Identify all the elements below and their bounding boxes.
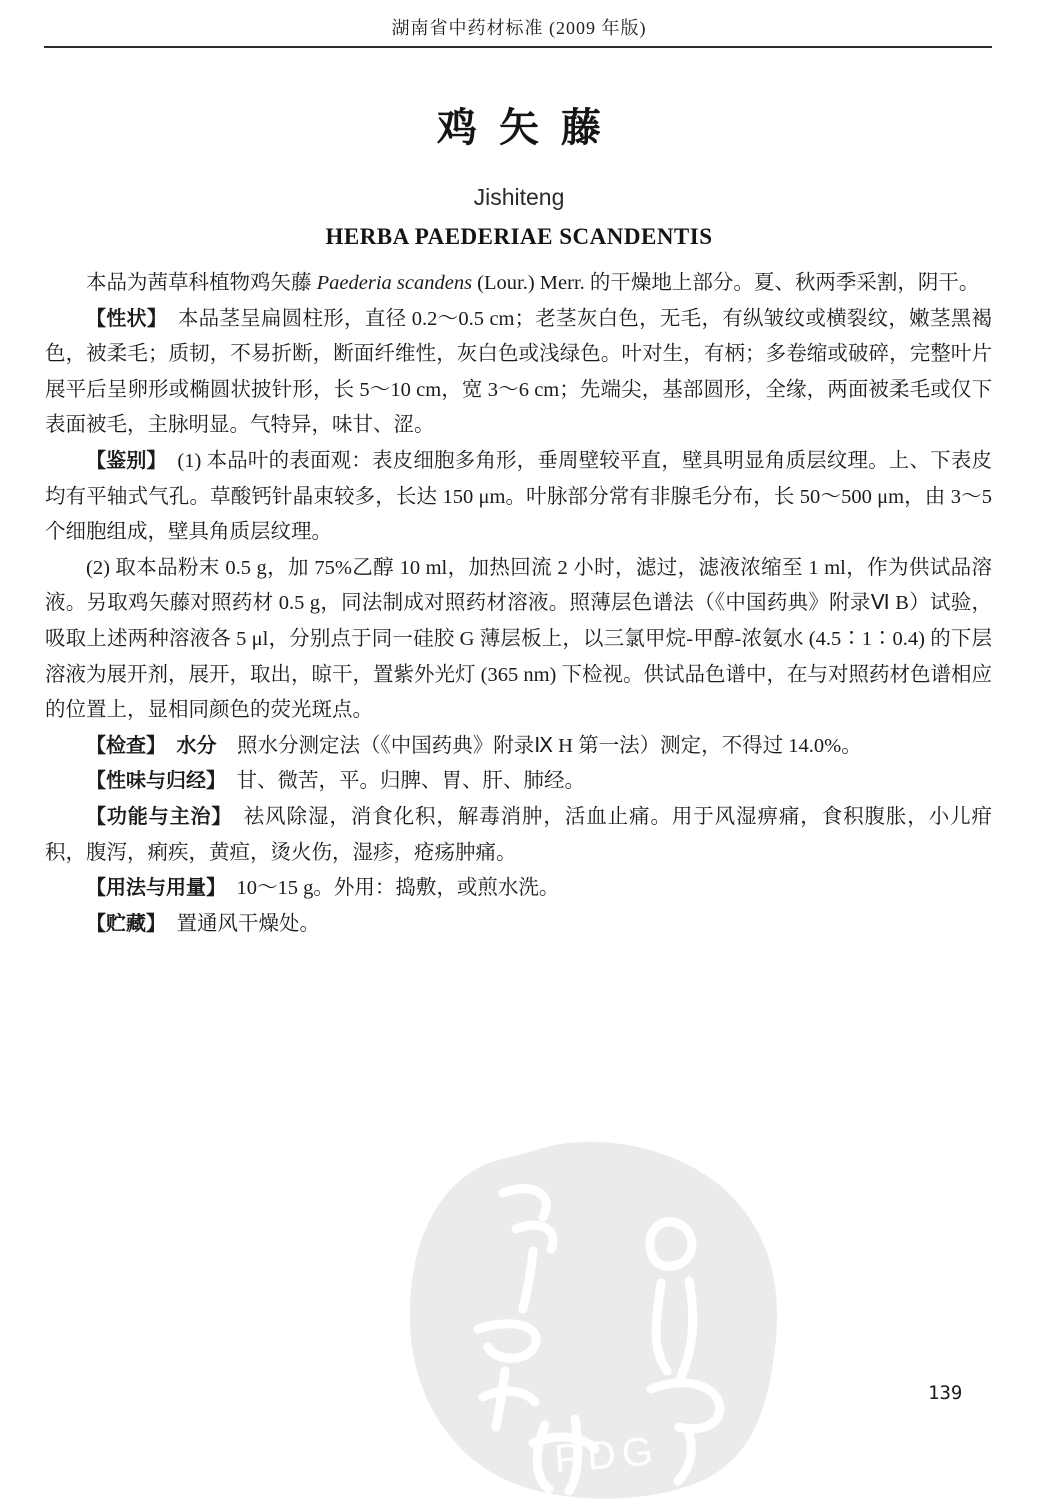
paragraph: 【鉴别】 (1) 本品叶的表面观：表皮细胞多角形，垂周壁较平直，壁具明显角质层纹… xyxy=(45,444,992,551)
body-paragraphs: 本品为茜草科植物鸡矢藤 Paederia scandens (Lour.) Me… xyxy=(45,266,992,942)
text-run: 10～15 g。外用：捣敷，或煎水洗。 xyxy=(216,877,559,899)
section-label: 【检查】 xyxy=(86,735,156,757)
watermark-label: PDG xyxy=(553,1429,661,1482)
running-header: 湖南省中药材标准 (2009 年版) xyxy=(0,14,1038,40)
text-run: 甘、微苦，平。归脾、胃、肝、肺经。 xyxy=(216,770,585,792)
section-label: 【用法与用量】 xyxy=(86,877,216,899)
header-divider xyxy=(44,46,992,48)
text-run: 置通风干燥处。 xyxy=(156,913,320,935)
paragraph: 【性味与归经】 甘、微苦，平。归脾、胃、肝、肺经。 xyxy=(45,764,992,800)
text-run: Paederia scandens xyxy=(317,272,472,294)
paragraph: 【功能与主治】 祛风除湿，消食化积，解毒消肿，活血止痛。用于风湿痹痛，食积腹胀，… xyxy=(45,800,992,871)
text-run: 照水分测定法（《中国药典》附录Ⅸ H 第一法）测定，不得过 14.0%。 xyxy=(217,735,862,757)
page-number: 139 xyxy=(928,1382,962,1404)
section-label: 【鉴别】 xyxy=(86,450,157,472)
paragraph: (2) 取本品粉末 0.5 g，加 75%乙醇 10 ml，加热回流 2 小时，… xyxy=(45,551,992,729)
section-label: 【功能与主治】 xyxy=(86,806,222,828)
page-title: 鸡矢藤 xyxy=(0,96,1038,153)
paragraph: 本品为茜草科植物鸡矢藤 Paederia scandens (Lour.) Me… xyxy=(45,266,992,302)
text-run: (Lour.) Merr. 的干燥地上部分。夏、秋两季采割，阴干。 xyxy=(472,272,979,294)
paragraph: 【检查】 水分 照水分测定法（《中国药典》附录Ⅸ H 第一法）测定，不得过 14… xyxy=(45,729,992,765)
section-label: 水分 xyxy=(177,735,217,757)
section-label: 【性状】 xyxy=(86,308,157,330)
section-label: 【贮藏】 xyxy=(86,913,156,935)
paragraph: 【用法与用量】 10～15 g。外用：捣敷，或煎水洗。 xyxy=(45,871,992,907)
text-run xyxy=(156,735,177,757)
stamp-watermark: PDG xyxy=(383,1133,813,1505)
paragraph: 【性状】 本品茎呈扁圆柱形，直径 0.2～0.5 cm；老茎灰白色，无毛，有纵皱… xyxy=(45,302,992,444)
section-label: 【性味与归经】 xyxy=(86,770,216,792)
pinyin-title: Jishiteng xyxy=(0,184,1038,211)
text-run: (1) 本品叶的表面观：表皮细胞多角形，垂周壁较平直，壁具明显角质层纹理。上、下… xyxy=(45,450,992,543)
paragraph: 【贮藏】 置通风干燥处。 xyxy=(45,907,992,943)
latin-title: HERBA PAEDERIAE SCANDENTIS xyxy=(0,224,1038,250)
document-page: 湖南省中药材标准 (2009 年版) 鸡矢藤 Jishiteng HERBA P… xyxy=(0,0,1038,1505)
text-run: 本品茎呈扁圆柱形，直径 0.2～0.5 cm；老茎灰白色，无毛，有纵皱纹或横裂纹… xyxy=(45,308,992,437)
text-run: 本品为茜草科植物鸡矢藤 xyxy=(86,272,317,294)
text-run: (2) 取本品粉末 0.5 g，加 75%乙醇 10 ml，加热回流 2 小时，… xyxy=(45,557,992,721)
